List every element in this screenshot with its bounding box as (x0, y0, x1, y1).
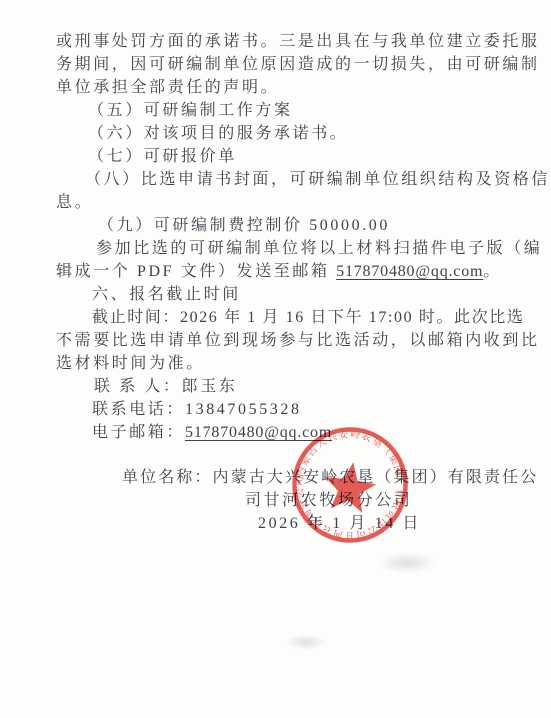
attachment-item-8-text: （八）比选申请书封面，可研编制单位组织结构及资格信 (85, 171, 550, 188)
doc-line-11: 辑成一个 PDF 文件）发送至邮箱 517870480@qq.com。 (56, 260, 526, 283)
contact-phone-line: 联系电话：13847055328 (56, 398, 526, 421)
doc-line-11-post: 。 (483, 263, 502, 280)
contact-phone-text: 联系电话：13847055328 (92, 401, 302, 418)
contact-email-text: 517870480@qq.com (185, 424, 332, 441)
doc-line-8-text: 息。 (56, 194, 93, 211)
doc-line-2: 务期间，因可研编制单位原因造成的一切损失，由可研编制 (56, 53, 526, 76)
doc-line-10-text: 参加比选的可研编制单位将以上材料扫描件电子版（编 (96, 240, 542, 257)
doc-line-15: 选材料时间为准。 (56, 352, 526, 375)
attachment-item-5-text: （五）可研编制工作方案 (88, 102, 293, 119)
doc-line-15-text: 选材料时间为准。 (56, 355, 205, 372)
section-heading-deadline-text: 六、报名截止时间 (92, 286, 241, 303)
doc-line-2-text: 务期间，因可研编制单位原因造成的一切损失，由可研编制 (56, 56, 540, 73)
contact-person-text: 联 系 人：郎玉东 (94, 378, 237, 395)
attachment-item-8: （八）比选申请书封面，可研编制单位组织结构及资格信 (56, 168, 526, 191)
submission-email-text: 517870480@qq.com (336, 263, 483, 280)
contact-person-line: 联 系 人：郎玉东 (56, 375, 526, 398)
signature-date-text: 2026 年 1 月 14 日 (258, 515, 421, 532)
deadline-text: 截止时间：2026 年 1 月 16 日下午 17:00 时。此次比选 (92, 309, 524, 326)
contact-email-label: 电子邮箱： (92, 424, 185, 441)
doc-line-1: 或刑事处罚方面的承诺书。三是出具在与我单位建立委托服 (56, 30, 526, 53)
attachment-item-6-text: （六）对该项目的服务承诺书。 (88, 125, 348, 142)
doc-line-3: 单位承担全部责任的声明。 (56, 76, 526, 99)
doc-line-3-text: 单位承担全部责任的声明。 (56, 79, 279, 96)
doc-line-14-text: 不需要比选申请单位到现场参与比选活动，以邮箱内收到比 (56, 332, 540, 349)
unit-name-text-2: 司甘河农牧场分公司 (245, 492, 412, 509)
unit-name-line-1: 单位名称：内蒙古大兴安岭农垦（集团）有限责任公 (56, 466, 526, 489)
doc-line-11-pre: 辑成一个 PDF 文件）发送至邮箱 (56, 263, 336, 280)
attachment-item-7-text: （七）可研报价单 (88, 148, 237, 165)
control-price-text: （九）可研编制费控制价 50000.00 (98, 217, 390, 234)
unit-name-line-2: 司甘河农牧场分公司 (56, 489, 526, 512)
scan-smudge (378, 552, 436, 574)
scan-smudge (286, 634, 326, 650)
unit-name-text-1: 单位名称：内蒙古大兴安岭农垦（集团）有限责任公 (122, 469, 538, 486)
doc-line-10: 参加比选的可研编制单位将以上材料扫描件电子版（编 (56, 237, 526, 260)
attachment-item-9-control-price: （九）可研编制费控制价 50000.00 (56, 214, 526, 237)
document-text-block: 或刑事处罚方面的承诺书。三是出具在与我单位建立委托服 务期间，因可研编制单位原因… (56, 30, 526, 535)
signature-date-line: 2026 年 1 月 14 日 (56, 512, 526, 535)
doc-line-14: 不需要比选申请单位到现场参与比选活动，以邮箱内收到比 (56, 329, 526, 352)
contact-email-line: 电子邮箱：517870480@qq.com (56, 421, 526, 444)
doc-line-8: 息。 (56, 191, 526, 214)
document-page: 或刑事处罚方面的承诺书。三是出具在与我单位建立委托服 务期间，因可研编制单位原因… (0, 0, 551, 718)
deadline-line: 截止时间：2026 年 1 月 16 日下午 17:00 时。此次比选 (56, 306, 526, 329)
attachment-item-7: （七）可研报价单 (56, 145, 526, 168)
doc-line-1-text: 或刑事处罚方面的承诺书。三是出具在与我单位建立委托服 (56, 33, 540, 50)
attachment-item-6: （六）对该项目的服务承诺书。 (56, 122, 526, 145)
attachment-item-5: （五）可研编制工作方案 (56, 99, 526, 122)
section-heading-deadline: 六、报名截止时间 (56, 283, 526, 306)
